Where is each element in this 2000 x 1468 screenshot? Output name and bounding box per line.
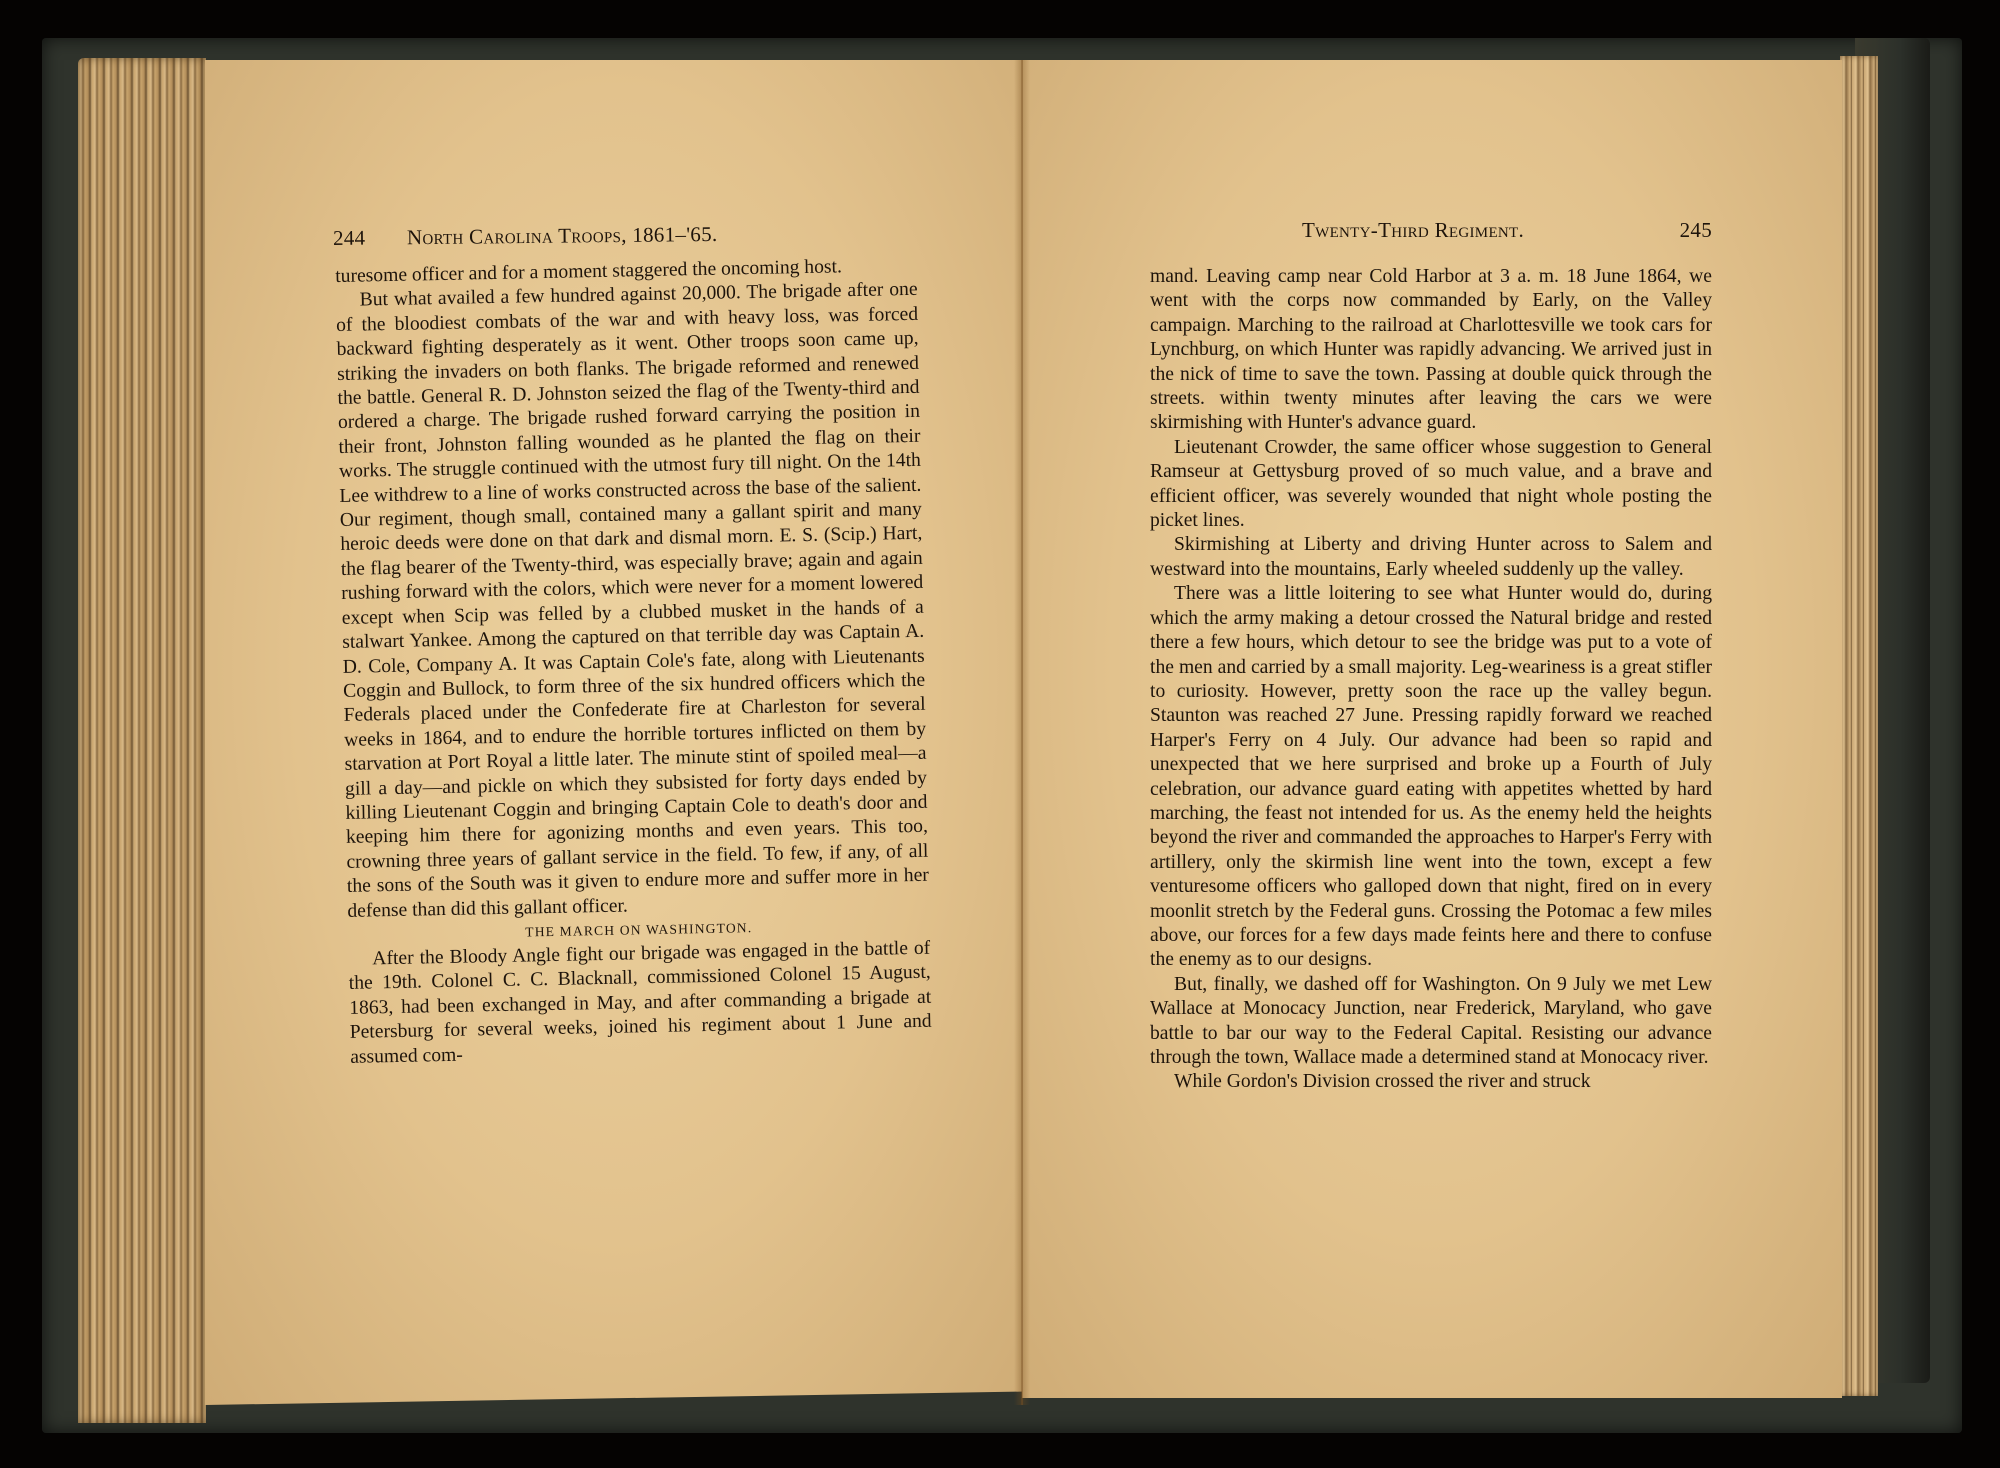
right-running-title: Twenty-Third Regiment. (1302, 218, 1524, 242)
left-page-number: 244 (333, 226, 366, 250)
left-page-body: turesome officer and for a moment stagge… (335, 254, 932, 1070)
paragraph: While Gordon's Division crossed the rive… (1150, 1070, 1712, 1094)
right-page-edges (1840, 56, 1878, 1396)
left-page-edges (78, 58, 206, 1423)
paragraph: mand. Leaving camp near Cold Harbor at 3… (1150, 265, 1712, 436)
paragraph: But what availed a few hundred against 2… (335, 278, 929, 924)
right-running-head: Twenty-Third Regiment. 245 (1302, 218, 1712, 243)
paragraph: Skirmishing at Liberty and driving Hunte… (1150, 533, 1712, 582)
left-running-title: North Carolina Troops, 1861–'65. (407, 222, 718, 249)
paragraph: Lieutenant Crowder, the same officer who… (1150, 436, 1712, 534)
paragraph: But, finally, we dashed off for Washingt… (1150, 973, 1712, 1071)
right-page-number: 245 (1680, 218, 1712, 243)
paragraph: There was a little loitering to see what… (1150, 582, 1712, 973)
right-page-body: mand. Leaving camp near Cold Harbor at 3… (1150, 265, 1712, 1095)
book-gutter (1014, 60, 1030, 1405)
paragraph: After the Bloody Angle fight our brigade… (348, 937, 932, 1070)
left-running-head: 244 North Carolina Troops, 1861–'65. (333, 222, 718, 251)
